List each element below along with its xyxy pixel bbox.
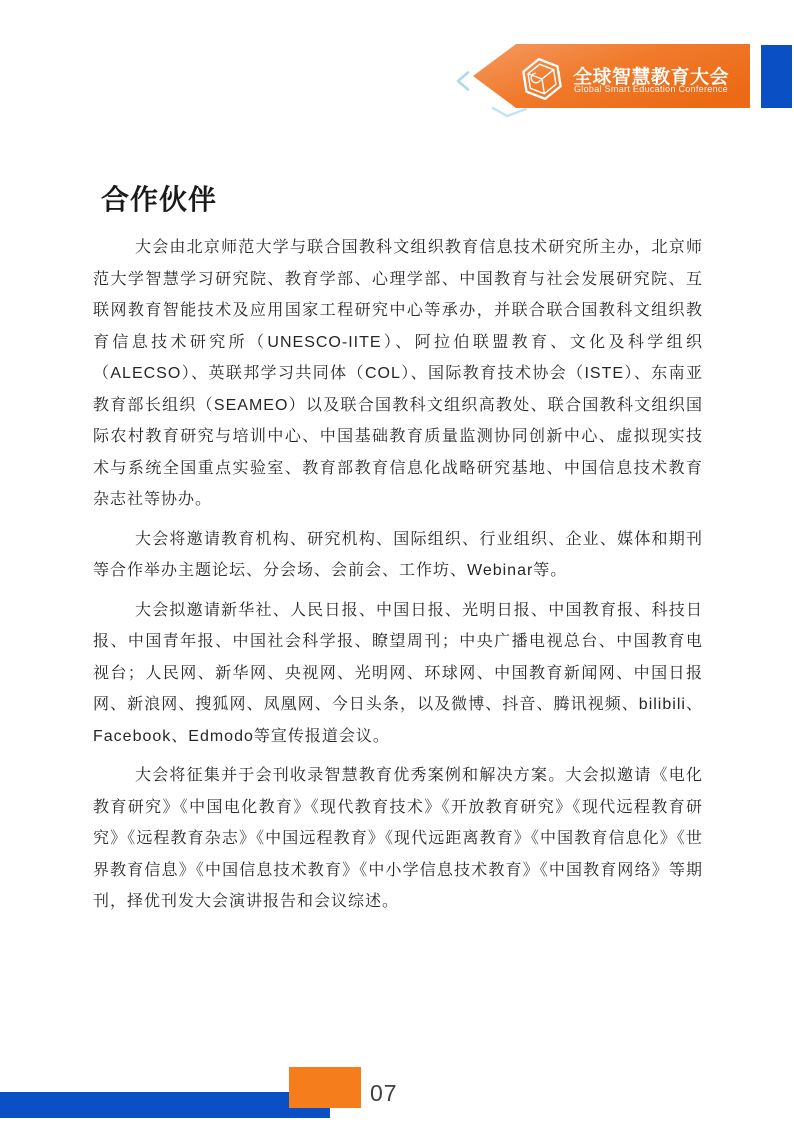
main-content: 合作伙伴 大会由北京师范大学与联合国教科文组织教育信息技术研究所主办，北京师范大… xyxy=(93,184,703,926)
conference-subtitle: Global Smart Education Conference xyxy=(574,84,744,94)
page-number: 07 xyxy=(370,1080,398,1107)
document-page: 全球智慧教育大会 Global Smart Education Conferen… xyxy=(0,0,794,1123)
paragraph-journals: 大会将征集并于会刊收录智慧教育优秀案例和解决方案。大会拟邀请《电化教育研究》《中… xyxy=(93,760,703,918)
paragraph-invitations: 大会将邀请教育机构、研究机构、国际组织、行业组织、企业、媒体和期刊等合作举办主题… xyxy=(93,524,703,587)
conference-logo-icon xyxy=(519,55,565,103)
chevron-left-icon xyxy=(456,71,470,91)
footer-orange-rect xyxy=(289,1067,361,1108)
section-title: 合作伙伴 xyxy=(101,184,703,215)
chevron-down-icon xyxy=(491,106,529,119)
header-blue-tab xyxy=(761,45,792,108)
paragraph-organizers: 大会由北京师范大学与联合国教科文组织教育信息技术研究所主办，北京师范大学智慧学习… xyxy=(93,232,703,516)
footer-blue-bar xyxy=(0,1092,330,1118)
paragraph-media: 大会拟邀请新华社、人民日报、中国日报、光明日报、中国教育报、科技日报、中国青年报… xyxy=(93,595,703,753)
